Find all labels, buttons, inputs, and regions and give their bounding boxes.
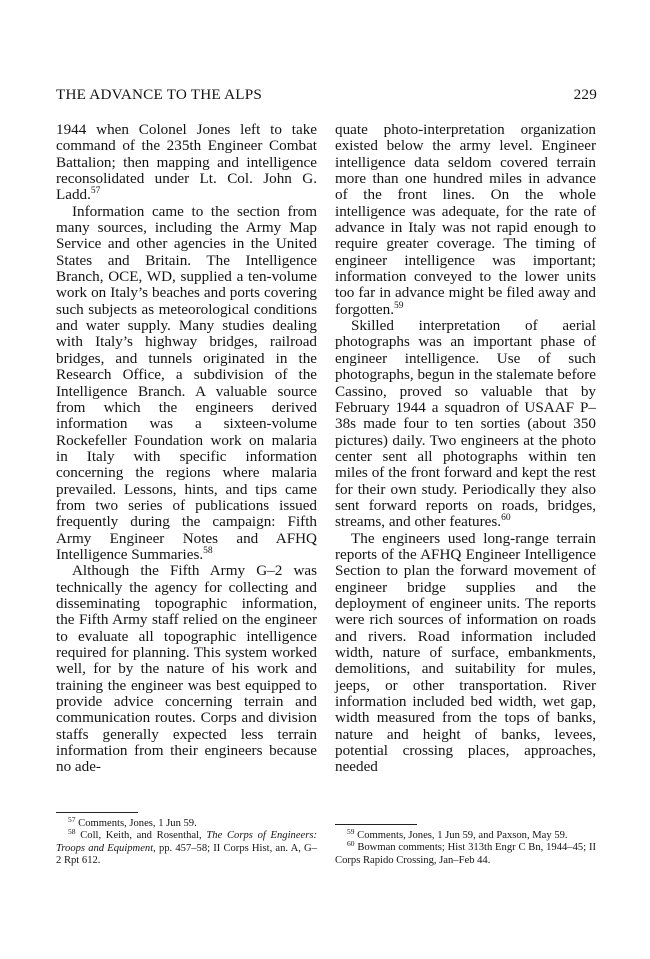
footnote-number: 59 (347, 827, 355, 836)
paragraph: 1944 when Colonel Jones left to take com… (56, 122, 317, 204)
footnotes-left: 57 Comments, Jones, 1 Jun 59. 58 Coll, K… (56, 812, 317, 867)
right-column: quate photo-interpretation organization … (335, 122, 596, 776)
footnote-number: 58 (68, 827, 76, 836)
page-number: 229 (574, 86, 597, 104)
footnote-text: Comments, Jones, 1 Jun 59, and Paxson, M… (357, 830, 567, 841)
footnote-text: Coll, Keith, and Rosenthal, (80, 830, 206, 841)
left-column: 1944 when Colonel Jones left to take com… (56, 122, 317, 776)
footnote-number: 60 (347, 839, 355, 848)
footnotes-right: 59 Comments, Jones, 1 Jun 59, and Paxson… (335, 824, 596, 867)
paragraph: quate photo-interpretation organization … (335, 122, 596, 318)
paragraph: Skilled interpretation of aerial photogr… (335, 318, 596, 530)
footnote: 57 Comments, Jones, 1 Jun 59. (56, 818, 317, 830)
paragraph: The engineers used long-range terrain re… (335, 531, 596, 776)
footnote-rule (335, 824, 417, 825)
running-head-title: THE ADVANCE TO THE ALPS (56, 86, 262, 104)
paragraph: Although the Fifth Army G–2 was technica… (56, 563, 317, 775)
footnote-text: Bowman comments; Hist 313th Engr C Bn, 1… (335, 842, 596, 865)
running-head: THE ADVANCE TO THE ALPS 229 (56, 86, 597, 108)
paragraph-text: Although the Fifth Army G–2 was technica… (56, 562, 317, 775)
footnote: 60 Bowman comments; Hist 313th Engr C Bn… (335, 842, 596, 867)
footnote-text: Comments, Jones, 1 Jun 59. (78, 818, 197, 829)
footnote-ref: 60 (501, 513, 511, 523)
footnote-rule (56, 812, 138, 813)
paragraph-text: quate photo-interpretation organization … (335, 121, 596, 318)
paragraph-text: The engineers used long-range terrain re… (335, 530, 596, 776)
paragraph: Information came to the section from man… (56, 204, 317, 564)
footnote-ref: 58 (203, 546, 213, 556)
footnote-ref: 59 (394, 301, 404, 311)
footnote-ref: 57 (91, 186, 101, 196)
footnote-number: 57 (68, 815, 76, 824)
footnote: 59 Comments, Jones, 1 Jun 59, and Paxson… (335, 830, 596, 842)
paragraph-text: Information came to the section from man… (56, 203, 317, 563)
paragraph-text: Skilled interpretation of aerial photogr… (335, 317, 596, 530)
footnote: 58 Coll, Keith, and Rosenthal, The Corps… (56, 830, 317, 867)
